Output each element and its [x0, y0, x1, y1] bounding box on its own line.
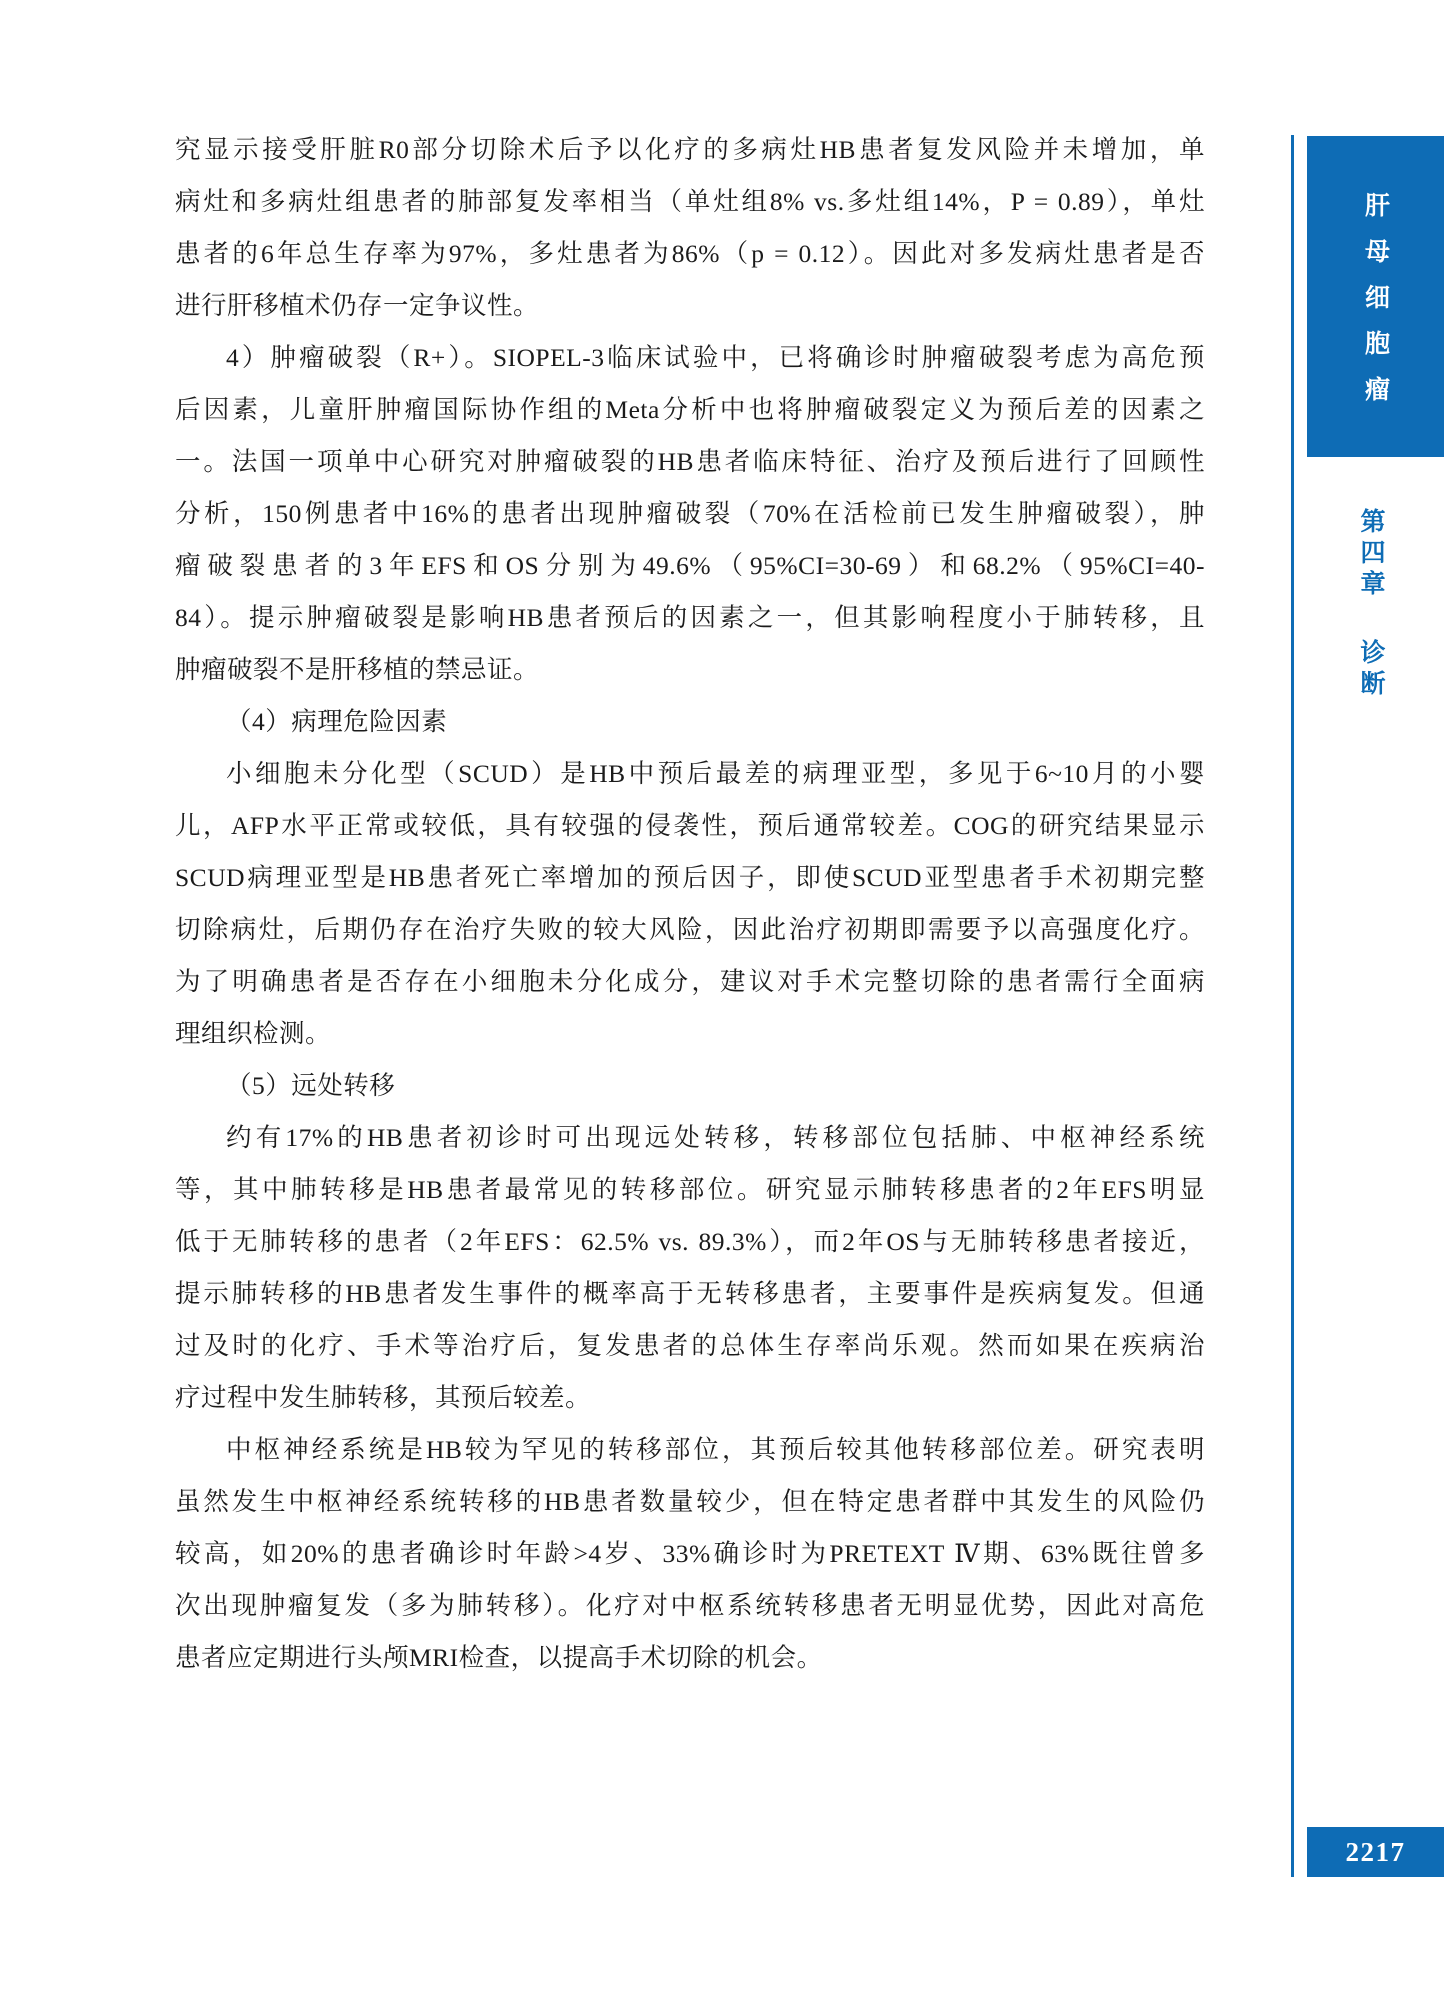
chapter-tab: 肝母细胞瘤 — [1307, 136, 1444, 457]
chapter-marker: 第四章 诊断 — [1352, 508, 1388, 701]
text-line: 究显示接受肝脏R0部分切除术后予以化疗的多病灶HB患者复发风险并未增加，单 — [175, 124, 1205, 176]
text-line: 儿，AFP水平正常或较低，具有较强的侵袭性，预后通常较差。COG的研究结果显示 — [175, 800, 1205, 852]
text-line: 切除病灶，后期仍存在治疗失败的较大风险，因此治疗初期即需要予以高强度化疗。 — [175, 904, 1205, 956]
text-line: 疗过程中发生肺转移，其预后较差。 — [175, 1372, 1205, 1424]
sidebar-divider — [1291, 135, 1294, 1877]
text-line: 次出现肿瘤复发（多为肺转移）。化疗对中枢系统转移患者无明显优势，因此对高危 — [175, 1580, 1205, 1632]
text-line: 虽然发生中枢神经系统转移的HB患者数量较少，但在特定患者群中其发生的风险仍 — [175, 1476, 1205, 1528]
text-line: 患者的6年总生存率为97%，多灶患者为86%（p = 0.12）。因此对多发病灶… — [175, 228, 1205, 280]
text-line: 肿瘤破裂不是肝移植的禁忌证。 — [175, 644, 1205, 696]
section-label: 诊断 — [1357, 639, 1384, 701]
chapter-tab-title: 肝母细胞瘤 — [1358, 192, 1394, 422]
text-line: 84）。提示肿瘤破裂是影响HB患者预后的因素之一，但其影响程度小于肺转移，且 — [175, 592, 1205, 644]
page-number-badge: 2217 — [1307, 1827, 1444, 1877]
text-line: （5）远处转移 — [175, 1060, 1205, 1112]
text-line: 约有17%的HB患者初诊时可出现远处转移，转移部位包括肺、中枢神经系统 — [175, 1112, 1205, 1164]
text-line: 中枢神经系统是HB较为罕见的转移部位，其预后较其他转移部位差。研究表明 — [175, 1424, 1205, 1476]
text-line: 为了明确患者是否存在小细胞未分化成分，建议对手术完整切除的患者需行全面病 — [175, 956, 1205, 1008]
text-line: 病灶和多病灶组患者的肺部复发率相当（单灶组8% vs.多灶组14%，P = 0.… — [175, 176, 1205, 228]
text-line: 一。法国一项单中心研究对肿瘤破裂的HB患者临床特征、治疗及预后进行了回顾性 — [175, 436, 1205, 488]
page-number: 2217 — [1346, 1837, 1406, 1868]
text-line: 较高，如20%的患者确诊时年龄>4岁、33%确诊时为PRETEXT Ⅳ期、63%… — [175, 1528, 1205, 1580]
text-line: 瘤破裂患者的3年EFS和OS分别为49.6%（95%CI=30-69）和68.2… — [175, 540, 1205, 592]
chapter-label: 第四章 — [1357, 508, 1384, 601]
text-line: 后因素，儿童肝肿瘤国际协作组的Meta分析中也将肿瘤破裂定义为预后差的因素之 — [175, 384, 1205, 436]
text-line: 进行肝移植术仍存一定争议性。 — [175, 280, 1205, 332]
text-line: 分析，150例患者中16%的患者出现肿瘤破裂（70%在活检前已发生肿瘤破裂），肿 — [175, 488, 1205, 540]
text-line: （4）病理危险因素 — [175, 696, 1205, 748]
text-line: SCUD病理亚型是HB患者死亡率增加的预后因子，即使SCUD亚型患者手术初期完整 — [175, 852, 1205, 904]
text-line: 4）肿瘤破裂（R+）。SIOPEL-3临床试验中，已将确诊时肿瘤破裂考虑为高危预 — [175, 332, 1205, 384]
text-line: 低于无肺转移的患者（2年EFS：62.5% vs. 89.3%），而2年OS与无… — [175, 1216, 1205, 1268]
book-page: 究显示接受肝脏R0部分切除术后予以化疗的多病灶HB患者复发风险并未增加，单 病灶… — [0, 0, 1444, 2010]
body-text: 究显示接受肝脏R0部分切除术后予以化疗的多病灶HB患者复发风险并未增加，单 病灶… — [175, 124, 1205, 1684]
text-line: 等，其中肺转移是HB患者最常见的转移部位。研究显示肺转移患者的2年EFS明显 — [175, 1164, 1205, 1216]
text-line: 小细胞未分化型（SCUD）是HB中预后最差的病理亚型，多见于6~10月的小婴 — [175, 748, 1205, 800]
text-line: 理组织检测。 — [175, 1008, 1205, 1060]
text-line: 过及时的化疗、手术等治疗后，复发患者的总体生存率尚乐观。然而如果在疾病治 — [175, 1320, 1205, 1372]
text-line: 提示肺转移的HB患者发生事件的概率高于无转移患者，主要事件是疾病复发。但通 — [175, 1268, 1205, 1320]
text-line: 患者应定期进行头颅MRI检查，以提高手术切除的机会。 — [175, 1632, 1205, 1684]
